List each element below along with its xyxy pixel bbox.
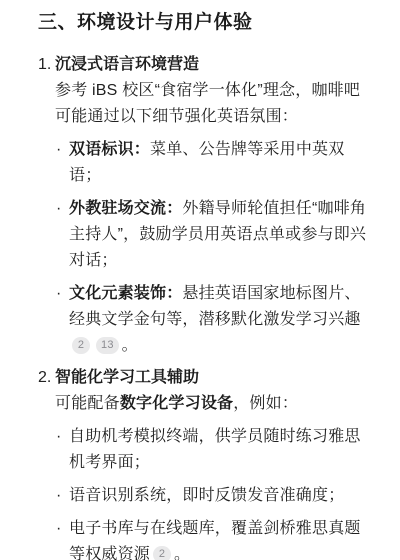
section-number: 1. xyxy=(38,52,55,78)
section-intro: 可能配备数字化学习设备，例如： xyxy=(55,391,369,417)
intro-bold-text: 数字化学习设备 xyxy=(120,395,233,412)
intro-text: 参考 iBS 校区“食宿学一体化”理念，咖啡吧可能通过以下细节强化英语氛围： xyxy=(55,82,360,125)
list-item: · 语音识别系统，即时反馈发音准确度； xyxy=(55,483,369,509)
bullet-dot-icon: · xyxy=(55,196,69,222)
section-number: 2. xyxy=(38,365,55,391)
bullet-dot-icon: · xyxy=(55,483,69,509)
section-smart-tools: 2. 智能化学习工具辅助 可能配备数字化学习设备，例如： · 自助机考模拟终端，… xyxy=(38,365,369,560)
bullet-lead: 文化元素装饰： xyxy=(69,285,182,302)
document: 三、环境设计与用户体验 1. 沉浸式语言环境营造 参考 iBS 校区“食宿学一体… xyxy=(0,0,400,560)
citation-badge[interactable]: 13 xyxy=(96,337,119,354)
bullet-list: · 自助机考模拟终端，供学员随时练习雅思机考界面； · 语音识别系统，即时反馈发… xyxy=(55,424,369,560)
bullet-dot-icon: · xyxy=(55,281,69,307)
bullet-dot-icon: · xyxy=(55,137,69,163)
bullet-dot-icon: · xyxy=(55,516,69,542)
intro-text: 可能配备 xyxy=(55,395,120,412)
section-immersive-environment: 1. 沉浸式语言环境营造 参考 iBS 校区“食宿学一体化”理念，咖啡吧可能通过… xyxy=(38,52,369,359)
list-item: · 电子书库与在线题库，覆盖剑桥雅思真题等权威资源2。 xyxy=(55,516,369,560)
section-body: 沉浸式语言环境营造 参考 iBS 校区“食宿学一体化”理念，咖啡吧可能通过以下细… xyxy=(55,52,369,359)
bullet-body-text: 电子书库与在线题库，覆盖剑桥雅思真题等权威资源 xyxy=(69,520,361,560)
bullet-lead: 双语标识： xyxy=(69,141,150,158)
citation-badge[interactable]: 2 xyxy=(153,546,171,560)
bullet-suffix: 。 xyxy=(122,337,138,354)
intro-text-after: ，例如： xyxy=(233,395,298,412)
list-item: · 外教驻场交流：外籍导师轮值担任“咖啡角主持人”，鼓励学员用英语点单或参与即兴… xyxy=(55,196,369,274)
list-item: · 双语标识：菜单、公告牌等采用中英双语； xyxy=(55,137,369,189)
section-body: 智能化学习工具辅助 可能配备数字化学习设备，例如： · 自助机考模拟终端，供学员… xyxy=(55,365,369,560)
bullet-list: · 双语标识：菜单、公告牌等采用中英双语； · 外教驻场交流：外籍导师轮值担任“… xyxy=(55,137,369,359)
list-item: · 自助机考模拟终端，供学员随时练习雅思机考界面； xyxy=(55,424,369,476)
page-title: 三、环境设计与用户体验 xyxy=(38,10,369,36)
section-title: 智能化学习工具辅助 xyxy=(55,365,369,391)
bullet-suffix: 。 xyxy=(174,546,190,560)
section-intro: 参考 iBS 校区“食宿学一体化”理念，咖啡吧可能通过以下细节强化英语氛围： xyxy=(55,78,369,130)
bullet-body-text: 语音识别系统，即时反馈发音准确度； xyxy=(69,487,344,504)
bullet-body-text: 自助机考模拟终端，供学员随时练习雅思机考界面； xyxy=(69,428,361,471)
bullet-dot-icon: · xyxy=(55,424,69,450)
list-item: · 文化元素装饰：悬挂英语国家地标图片、经典文学金句等，潜移默化激发学习兴趣21… xyxy=(55,281,369,359)
bullet-lead: 外教驻场交流： xyxy=(69,200,182,217)
citation-badge[interactable]: 2 xyxy=(72,337,90,354)
section-title: 沉浸式语言环境营造 xyxy=(55,52,369,78)
